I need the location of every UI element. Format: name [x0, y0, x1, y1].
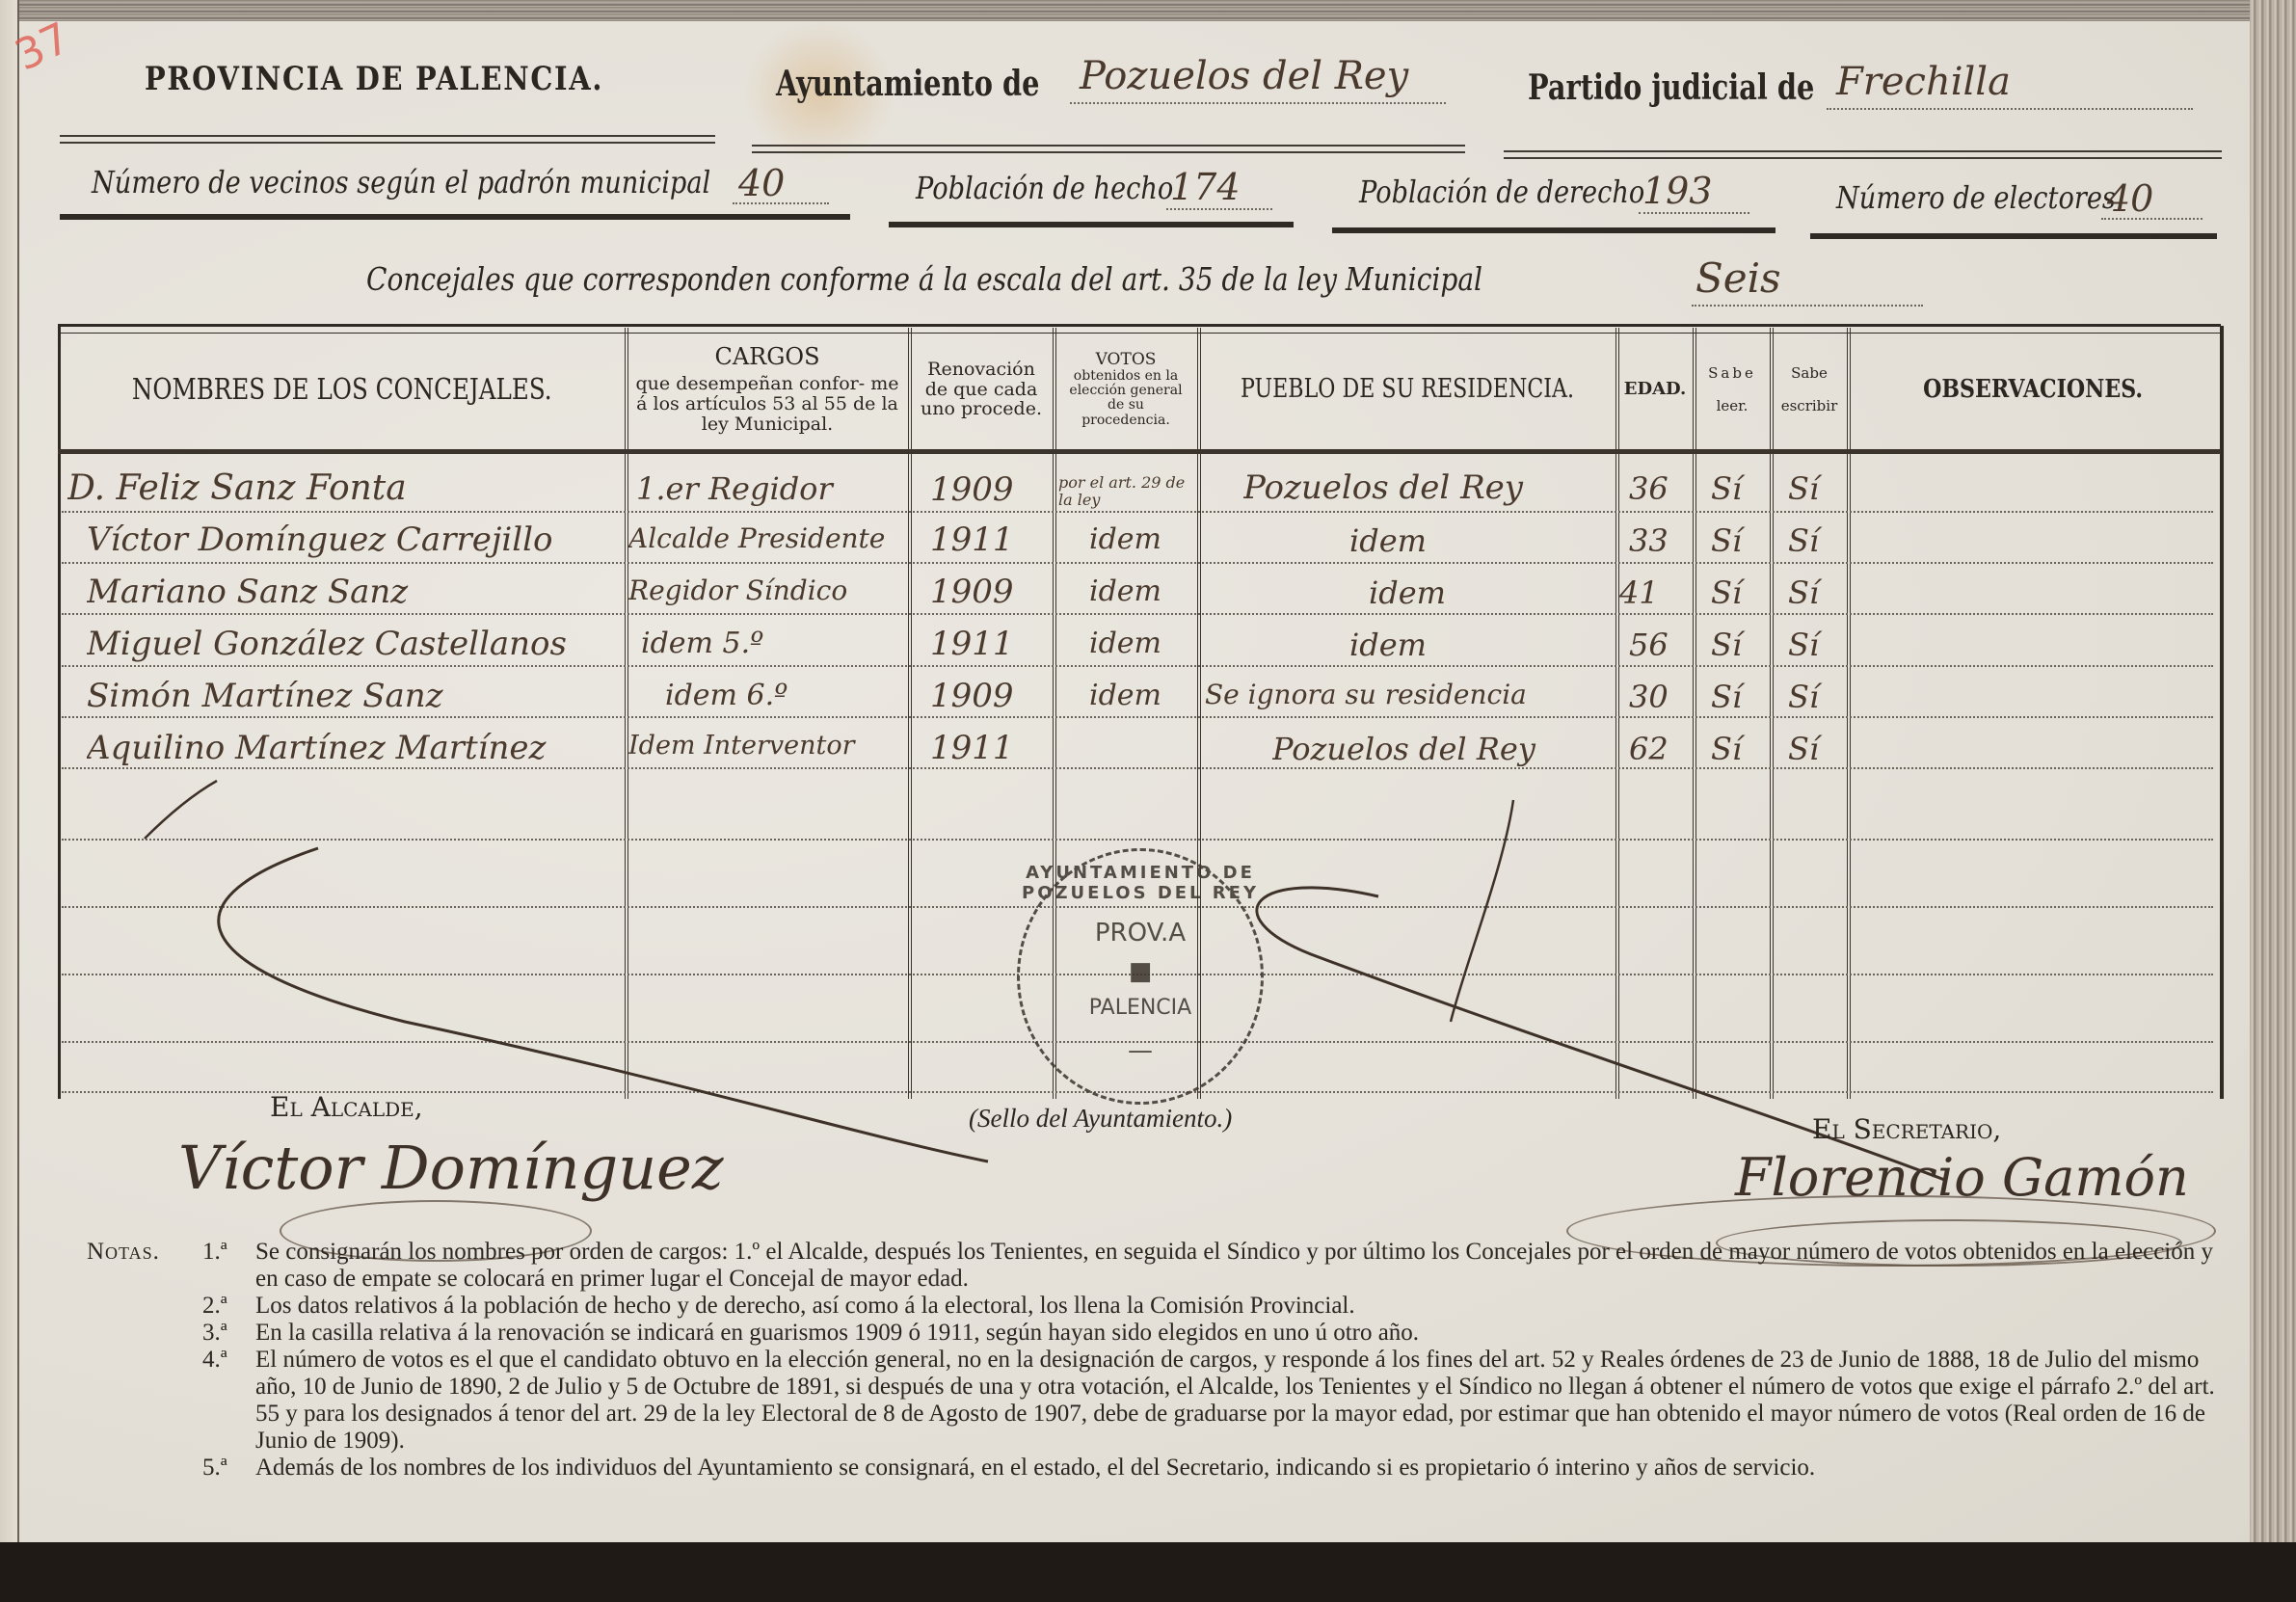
note-item: 5.ª Además de los nombres de los individ…: [87, 1455, 2236, 1482]
note-item: 3.ª En la casilla relativa á la renovaci…: [87, 1320, 2236, 1347]
seal-center-top: PROV.A: [1020, 919, 1261, 948]
seal-center-mark: ■: [1020, 957, 1261, 986]
notes-section: Notas. 1.ª Se consignarán los nombres po…: [87, 1239, 2236, 1482]
seal-ring-text: AYUNTAMIENTO DE POZUELOS DEL REY: [1020, 863, 1261, 903]
seal-center-dash: —: [1020, 1036, 1261, 1065]
note-text: Se consignarán los nombres por orden de …: [255, 1239, 2213, 1292]
sello-label: (Sello del Ayuntamiento.): [969, 1104, 1232, 1134]
municipal-seal-stamp: AYUNTAMIENTO DE POZUELOS DEL REY PROV.A …: [1017, 848, 1264, 1105]
note-text: El número de votos es el que el candidat…: [255, 1347, 2215, 1454]
note-text: Los datos relativos á la población de he…: [255, 1293, 1355, 1319]
seal-center-bottom: PALENCIA: [1020, 996, 1261, 1020]
note-number: 4.ª: [202, 1347, 227, 1374]
secretario-label: El Secretario,: [1812, 1113, 2001, 1145]
note-number: 1.ª: [202, 1239, 227, 1266]
note-number: 5.ª: [202, 1455, 227, 1482]
alcalde-label: El Alcalde,: [270, 1091, 423, 1123]
note-number: 2.ª: [202, 1293, 227, 1320]
alcalde-signature: Víctor Domínguez: [178, 1133, 723, 1203]
note-text: En la casilla relativa á la renovación s…: [255, 1320, 1419, 1346]
note-item: 2.ª Los datos relativos á la población d…: [87, 1293, 2236, 1320]
notes-label: Notas.: [87, 1239, 160, 1266]
note-text: Además de los nombres de los individuos …: [255, 1455, 1815, 1481]
note-number: 3.ª: [202, 1320, 227, 1347]
note-item: 4.ª El número de votos es el que el cand…: [87, 1347, 2236, 1455]
note-item: Notas. 1.ª Se consignarán los nombres po…: [87, 1239, 2236, 1293]
